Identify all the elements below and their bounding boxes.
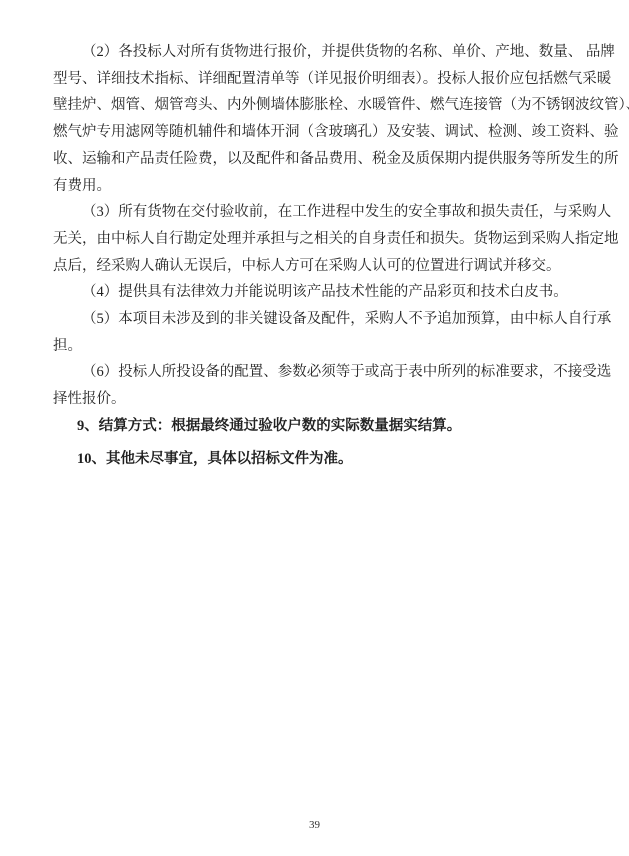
text-line: 有费用。 [53,173,587,200]
text-line: 点后，经采购人确认无误后，中标人方可在采购人认可的位置进行调试并移交。 [53,253,587,280]
text-line: 10、其他未尽事宜，具体以招标文件为准。 [53,446,587,473]
clause-3: （3）所有货物在交付验收前，在工作进程中发生的安全事故和损失责任，与采购人无关，… [53,199,587,279]
text-line: 收、运输和产品责任险费，以及配件和备品费用、税金及质保期内提供服务等所发生的所 [53,146,587,173]
clause-6: （6）投标人所投设备的配置、参数必须等于或高于表中所列的标准要求，不接受选择性报… [53,359,587,412]
text-line: 型号、详细技术指标、详细配置清单等（详见报价明细表）。投标人报价应包括燃气采暖 [53,66,587,93]
document-body: （2）各投标人对所有货物进行报价，并提供货物的名称、单价、产地、数量、 品牌型号… [53,39,587,472]
document-page: （2）各投标人对所有货物进行报价，并提供货物的名称、单价、产地、数量、 品牌型号… [0,0,629,856]
text-line: 燃气炉专用滤网等随机辅件和墙体开洞（含玻璃孔）及安装、调试、检测、竣工资料、验 [53,119,587,146]
text-line: （3）所有货物在交付验收前，在工作进程中发生的安全事故和损失责任，与采购人 [53,199,587,226]
text-line: 担。 [53,333,587,360]
text-line: （4）提供具有法律效力并能说明该产品技术性能的产品彩页和技术白皮书。 [53,279,587,306]
text-line: 9、结算方式：根据最终通过验收户数的实际数量据实结算。 [53,413,587,440]
clause-5: （5）本项目未涉及到的非关键设备及配件，采购人不予追加预算，由中标人自行承担。 [53,306,587,359]
item-9-settlement: 9、结算方式：根据最终通过验收户数的实际数量据实结算。 [53,413,587,440]
text-line: （2）各投标人对所有货物进行报价，并提供货物的名称、单价、产地、数量、 品牌 [53,39,587,66]
clause-2: （2）各投标人对所有货物进行报价，并提供货物的名称、单价、产地、数量、 品牌型号… [53,39,587,199]
text-line: （6）投标人所投设备的配置、参数必须等于或高于表中所列的标准要求，不接受选 [53,359,587,386]
page-number: 39 [0,819,629,831]
clause-4: （4）提供具有法律效力并能说明该产品技术性能的产品彩页和技术白皮书。 [53,279,587,306]
text-line: 壁挂炉、烟管、烟管弯头、内外侧墙体膨胀栓、水暖管件、燃气连接管（为不锈钢波纹管）… [53,92,587,119]
text-line: 无关，由中标人自行勘定处理并承担与之相关的自身责任和损失。货物运到采购人指定地 [53,226,587,253]
text-line: （5）本项目未涉及到的非关键设备及配件，采购人不予追加预算，由中标人自行承 [53,306,587,333]
text-line: 择性报价。 [53,386,587,413]
item-10-other-matters: 10、其他未尽事宜，具体以招标文件为准。 [53,446,587,473]
